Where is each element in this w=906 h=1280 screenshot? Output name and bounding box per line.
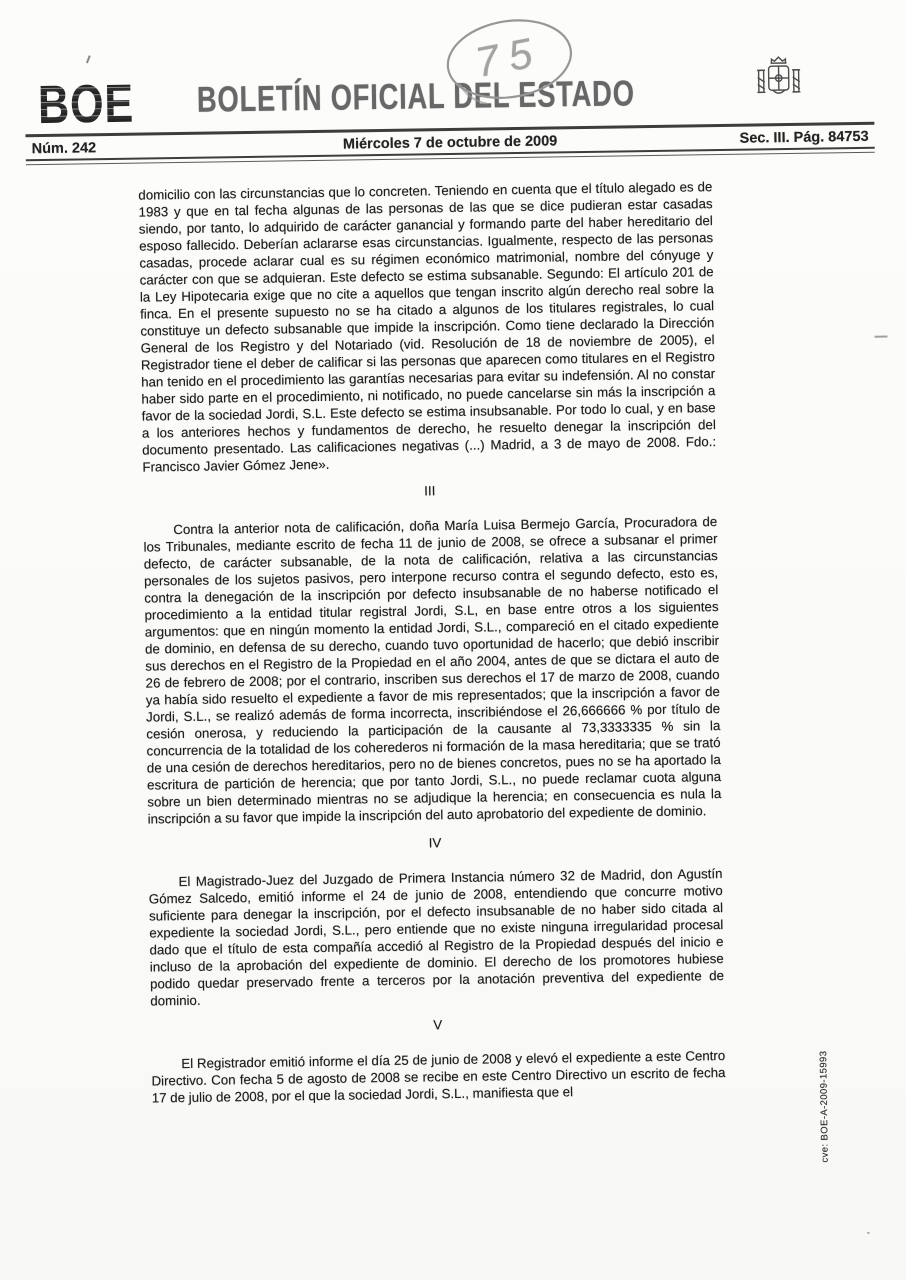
paragraph-ii-continuation: domicilio con las circunstancias que lo … (138, 178, 716, 475)
paragraph-iv: El Magistrado-Juez del Juzgado de Primer… (148, 865, 724, 1010)
scan-artifact-dash (875, 336, 888, 338)
handwritten-circle-annotation: 75 (437, 10, 582, 112)
boe-scanned-page: BOE BOLETÍN OFICIAL DEL ESTADO (0, 0, 906, 1280)
section-heading-iii: III (143, 478, 717, 504)
boe-logo: BOE (38, 77, 135, 132)
section-page: Sec. III. Pág. 84753 (739, 129, 868, 147)
paragraph-v: El Registrador emitió informe el día 25 … (151, 1047, 726, 1107)
scan-artifact-dot (867, 1232, 870, 1234)
scan-artifact-tick (86, 55, 91, 63)
document-body: domicilio con las circunstancias que lo … (138, 178, 726, 1106)
paragraph-iii: Contra la anterior nota de calificación,… (143, 513, 721, 827)
spain-coat-of-arms-icon (755, 53, 802, 116)
section-heading-v: V (151, 1012, 725, 1038)
header-bar: Núm. 242 Miércoles 7 de octubre de 2009 … (25, 122, 874, 166)
scan-layer: BOE BOLETÍN OFICIAL DEL ESTADO (0, 0, 906, 1280)
issue-number: Núm. 242 (32, 140, 97, 157)
issue-date: Miércoles 7 de octubre de 2009 (343, 133, 558, 152)
cve-code: cve: BOE-A-2009-15993 (818, 1030, 831, 1162)
section-heading-iv: IV (148, 830, 722, 856)
